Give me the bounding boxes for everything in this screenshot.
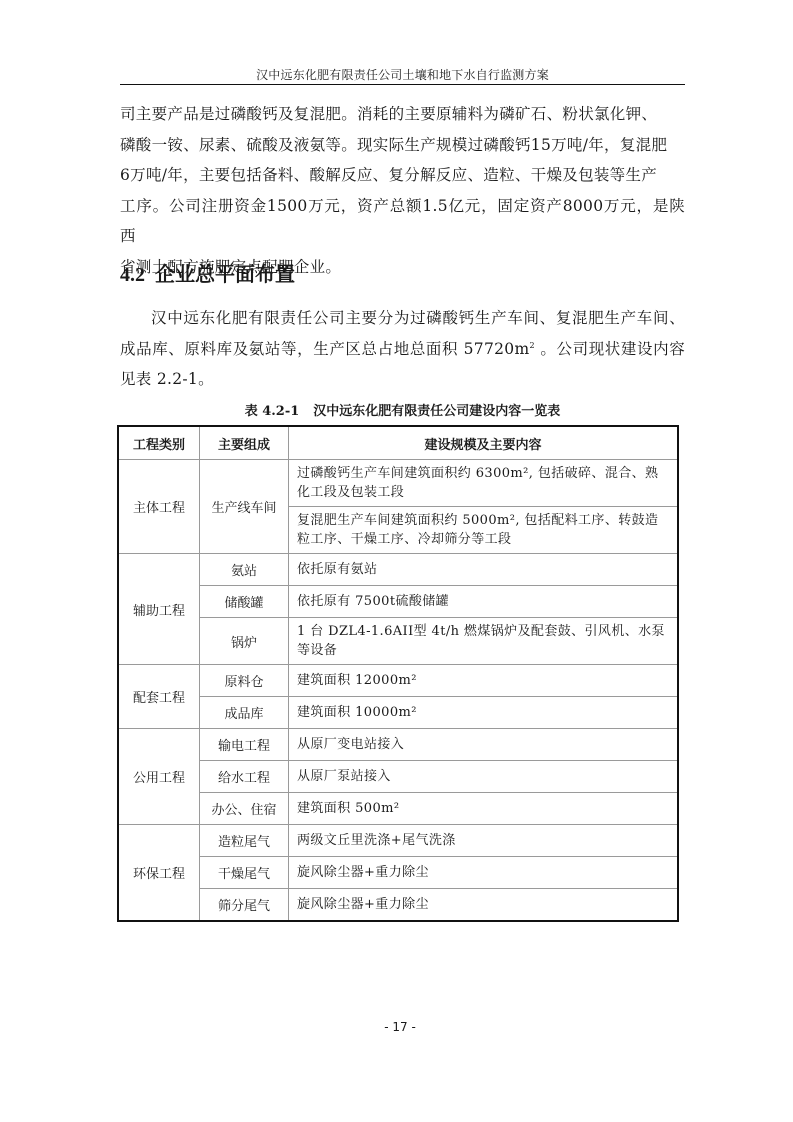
content-cell: 从原厂泵站接入 xyxy=(289,761,679,793)
component-cell: 原料仓 xyxy=(200,665,289,697)
intro-paragraph: 司主要产品是过磷酸钙及复混肥。消耗的主要原辅料为磷矿石、粉状氯化钾、 磷酸一铵、… xyxy=(120,99,685,282)
table-row: 筛分尾气 旋风除尘器+重力除尘 xyxy=(118,889,678,922)
content-cell: 两级文丘里洗涤+尾气洗涤 xyxy=(289,825,679,857)
component-cell: 生产线车间 xyxy=(200,460,289,554)
content-cell: 依托原有 7500t硫酸储罐 xyxy=(289,586,679,618)
table-row: 主体工程 生产线车间 过磷酸钙生产车间建筑面积约 6300m², 包括破碎、混合… xyxy=(118,460,678,507)
content-cell: 过磷酸钙生产车间建筑面积约 6300m², 包括破碎、混合、熟化工段及包装工段 xyxy=(289,460,679,507)
table-row: 公用工程 输电工程 从原厂变电站接入 xyxy=(118,729,678,761)
content-cell: 建筑面积 500m² xyxy=(289,793,679,825)
construction-content-table: 工程类别 主要组成 建设规模及主要内容 主体工程 生产线车间 过磷酸钙生产车间建… xyxy=(117,425,679,922)
table-row: 辅助工程 氨站 依托原有氨站 xyxy=(118,554,678,586)
intro-line: 6万吨/年，主要包括备料、酸解反应、复分解反应、造粒、干燥及包装等生产 xyxy=(120,160,685,191)
component-cell: 给水工程 xyxy=(200,761,289,793)
content-cell: 1 台 DZL4-1.6AII型 4t/h 燃煤锅炉及配套鼓、引风机、水泵等设备 xyxy=(289,618,679,665)
section-number: 4.2 xyxy=(120,264,145,286)
category-cell: 环保工程 xyxy=(118,825,200,922)
section-heading: 4.2企业总平面布置 xyxy=(120,258,295,287)
content-cell: 旋风除尘器+重力除尘 xyxy=(289,889,679,922)
table-row: 给水工程 从原厂泵站接入 xyxy=(118,761,678,793)
intro-line: 司主要产品是过磷酸钙及复混肥。消耗的主要原辅料为磷矿石、粉状氯化钾、 xyxy=(120,99,685,130)
component-cell: 锅炉 xyxy=(200,618,289,665)
header-component: 主要组成 xyxy=(200,426,289,460)
category-cell: 配套工程 xyxy=(118,665,200,729)
component-cell: 氨站 xyxy=(200,554,289,586)
table-caption-number: 表 4.2-1 xyxy=(245,404,300,419)
content-cell: 旋风除尘器+重力除尘 xyxy=(289,857,679,889)
table-row: 配套工程 原料仓 建筑面积 12000m² xyxy=(118,665,678,697)
header-category: 工程类别 xyxy=(118,426,200,460)
header-content: 建设规模及主要内容 xyxy=(289,426,679,460)
component-cell: 成品库 xyxy=(200,697,289,729)
table-header-row: 工程类别 主要组成 建设规模及主要内容 xyxy=(118,426,678,460)
table-caption: 表 4.2-1汉中远东化肥有限责任公司建设内容一览表 xyxy=(120,400,685,419)
content-cell: 复混肥生产车间建筑面积约 5000m², 包括配料工序、转鼓造粒工序、干燥工序、… xyxy=(289,507,679,554)
component-cell: 造粒尾气 xyxy=(200,825,289,857)
table-row: 办公、住宿 建筑面积 500m² xyxy=(118,793,678,825)
category-cell: 公用工程 xyxy=(118,729,200,825)
component-cell: 干燥尾气 xyxy=(200,857,289,889)
table-row: 环保工程 造粒尾气 两级文丘里洗涤+尾气洗涤 xyxy=(118,825,678,857)
page-number: - 17 - xyxy=(350,1020,450,1034)
content-cell: 从原厂变电站接入 xyxy=(289,729,679,761)
intro-line: 工序。公司注册资金1500万元，资产总额1.5亿元，固定资产8000万元，是陕西 xyxy=(120,191,685,252)
section-title: 企业总平面布置 xyxy=(155,262,295,286)
intro-line: 磷酸一铵、尿素、硫酸及液氨等。现实际生产规模过磷酸钙15万吨/年，复混肥 xyxy=(120,130,685,161)
table-row: 干燥尾气 旋风除尘器+重力除尘 xyxy=(118,857,678,889)
content-cell: 建筑面积 12000m² xyxy=(289,665,679,697)
table-row: 成品库 建筑面积 10000m² xyxy=(118,697,678,729)
component-cell: 储酸罐 xyxy=(200,586,289,618)
category-cell: 主体工程 xyxy=(118,460,200,554)
content-cell: 建筑面积 10000m² xyxy=(289,697,679,729)
table-row: 储酸罐 依托原有 7500t硫酸储罐 xyxy=(118,586,678,618)
header-divider xyxy=(120,84,685,85)
layout-paragraph: 汉中远东化肥有限责任公司主要分为过磷酸钙生产车间、复混肥生产车间、成品库、原料库… xyxy=(120,303,685,395)
category-cell: 辅助工程 xyxy=(118,554,200,665)
component-cell: 办公、住宿 xyxy=(200,793,289,825)
component-cell: 筛分尾气 xyxy=(200,889,289,922)
document-header-title: 汉中远东化肥有限责任公司土壤和地下水自行监测方案 xyxy=(120,66,685,83)
table-caption-title: 汉中远东化肥有限责任公司建设内容一览表 xyxy=(313,404,560,419)
component-cell: 输电工程 xyxy=(200,729,289,761)
content-cell: 依托原有氨站 xyxy=(289,554,679,586)
table-row: 锅炉 1 台 DZL4-1.6AII型 4t/h 燃煤锅炉及配套鼓、引风机、水泵… xyxy=(118,618,678,665)
